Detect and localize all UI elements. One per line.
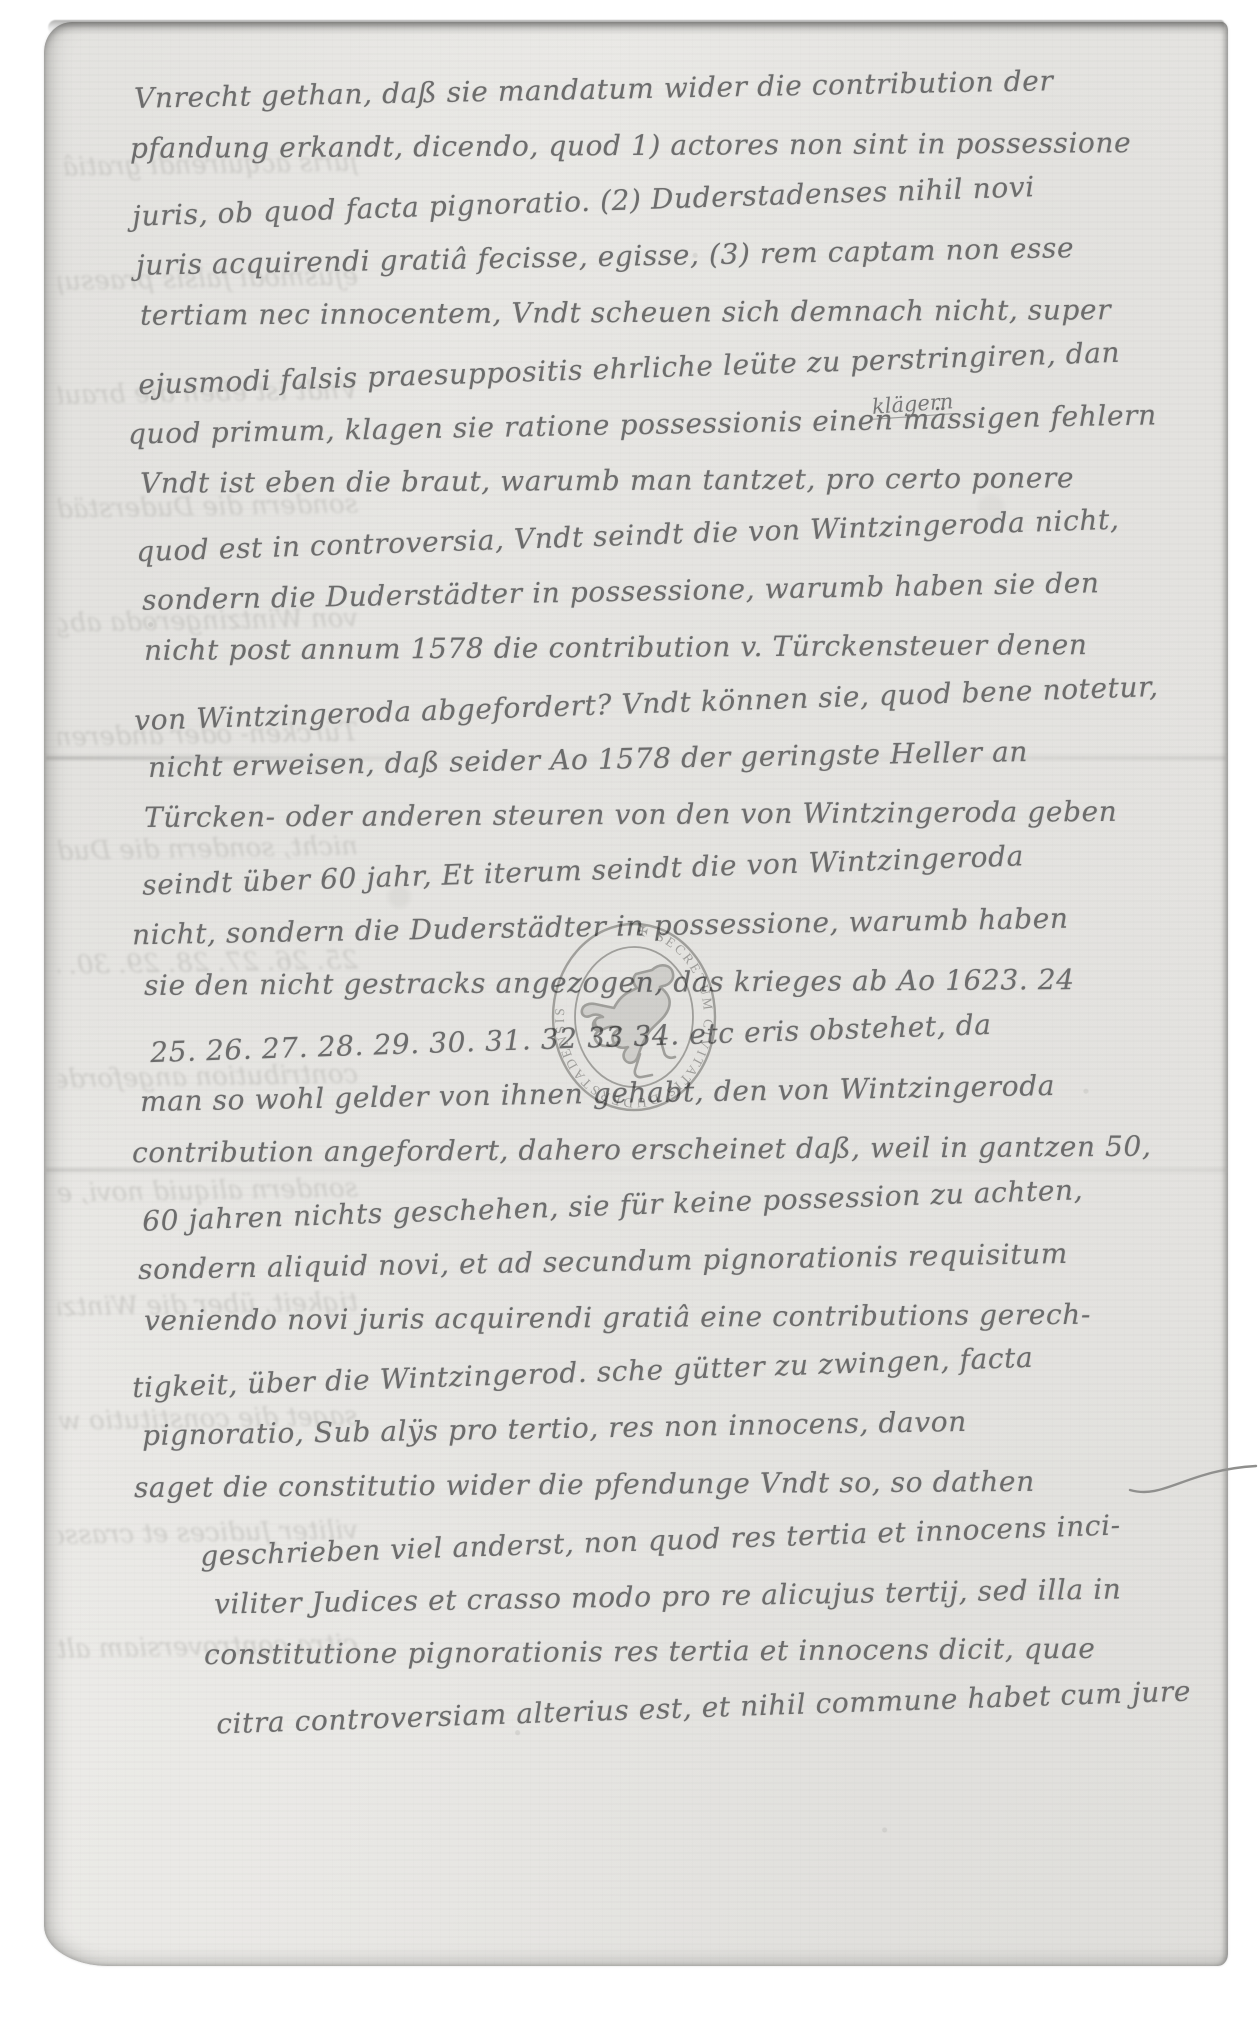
- manuscript-line: nicht post annum 1578 die contribution v…: [144, 628, 1088, 667]
- manuscript-line: viliter Judices et crasso modo pro re al…: [214, 1572, 1122, 1620]
- manuscript-line: veniendo novi juris acquirendi gratiâ ei…: [144, 1297, 1091, 1336]
- manuscript-line: juris acquirendi gratiâ fecisse, egisse,…: [136, 232, 1075, 283]
- manuscript-line: citra controversiam alterius est, et nih…: [216, 1675, 1192, 1741]
- manuscript-line: nicht erweisen, daß seider Ao 1578 der g…: [148, 735, 1029, 784]
- manuscript-line: quod est in controversia, Vndt seindt di…: [136, 503, 1120, 569]
- manuscript-line: Türcken- oder anderen steuren von den vo…: [144, 795, 1118, 834]
- manuscript-line: saget die constitutio wider die pfendung…: [134, 1465, 1035, 1504]
- manuscript-line: 60 jahren nichts geschehen, sie für kein…: [142, 1173, 1084, 1238]
- manuscript-line: pignoratio, Sub alÿs pro tertio, res non…: [142, 1405, 967, 1452]
- scan-background: { "document": { "kind": "handwritten man…: [0, 0, 1260, 2028]
- manuscript-line: ejusmodi falsis praesuppositis ehrliche …: [138, 336, 1121, 401]
- manuscript-line: contribution angefordert, dahero erschei…: [132, 1130, 1152, 1170]
- manuscript-line: von Wintzingeroda abgefordert? Vndt könn…: [134, 670, 1159, 737]
- city-seal-stamp: ✠ SECRETUM CIVITATIS DUDERSTADENSIS: [548, 918, 720, 1116]
- manuscript-line: tigkeit, über die Wintzingerod. sche güt…: [132, 1341, 1034, 1404]
- manuscript-line: sondern die Duderstädter in possessione,…: [142, 566, 1100, 617]
- manuscript-line: geschrieben viel anderst, non quod res t…: [200, 1508, 1121, 1572]
- manuscript-line: constitutione pignorationis res tertia e…: [204, 1632, 1096, 1671]
- seal-lion-icon: [582, 965, 675, 1077]
- manuscript-line: Vndt ist eben die braut, warumb man tant…: [140, 461, 1074, 500]
- manuscript-line: juris, ob quod facta pignoratio. (2) Dud…: [132, 170, 1036, 233]
- manuscript-line: seindt über 60 jahr, Et iterum seindt di…: [142, 839, 1025, 901]
- manuscript-line: sondern aliquid novi, et ad secundum pig…: [138, 1237, 1068, 1286]
- manuscript-line: Vnrecht gethan, daß sie mandatum wider d…: [134, 64, 1054, 115]
- manuscript-line: tertiam nec innocentem, Vndt scheuen sic…: [140, 293, 1111, 332]
- thread-mark: [1128, 1428, 1260, 1524]
- manuscript-line: quod primum, klagen sie ratione possessi…: [128, 398, 1157, 450]
- manuscript-line: pfandung erkandt, dicendo, quod 1) actor…: [130, 126, 1131, 165]
